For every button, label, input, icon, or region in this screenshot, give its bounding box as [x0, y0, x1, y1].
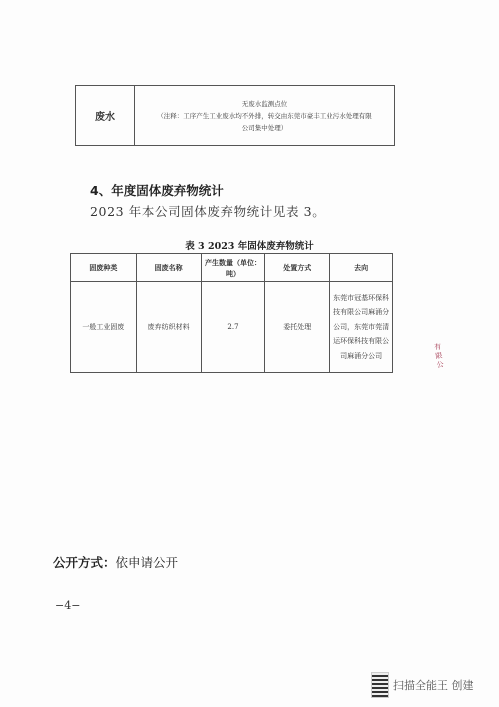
wastewater-label: 废水 — [76, 86, 135, 145]
wastewater-table: 废水 无废水监测点位 （注释：工序产生工业废水均不外排，转交由东莞市豪丰工业污水… — [75, 85, 395, 146]
header-quantity: 产生数量（单位：吨） — [201, 254, 265, 282]
cell-quantity: 2.7 — [201, 282, 265, 373]
wastewater-content: 无废水监测点位 （注释：工序产生工业废水均不外排，转交由东莞市豪丰工业污水处理有… — [135, 86, 394, 145]
section-paragraph: 2023 年本公司固体废弃物统计见表 3。 — [90, 202, 325, 220]
header-destination: 去向 — [330, 254, 393, 282]
table-row: 一般工业固废 废弃纺织材料 2.7 委托处理 东莞市冠基环保科技有限公司麻涌分公… — [71, 282, 393, 373]
cell-disposal: 委托处理 — [265, 282, 330, 373]
disclosure-value: 依申请公开 — [116, 555, 179, 570]
header-type: 固废种类 — [71, 254, 137, 282]
wastewater-line1: 无废水监测点位 — [242, 98, 288, 110]
disclosure-label: 公开方式： — [53, 555, 116, 570]
solid-waste-table: 固废种类 固废名称 产生数量（单位：吨） 处置方式 去向 一般工业固废 废弃纺织… — [70, 253, 393, 373]
cell-destination: 东莞市冠基环保科技有限公司麻涌分公司，东莞市莞清运环保科技有限公司麻涌分公司 — [330, 282, 393, 373]
table-header-row: 固废种类 固废名称 产生数量（单位：吨） 处置方式 去向 — [71, 254, 393, 282]
scanner-watermark: 扫描全能王 创建 — [371, 672, 474, 698]
disclosure-method: 公开方式：依申请公开 — [53, 553, 178, 571]
seal-stamp: 有限公 — [430, 342, 446, 370]
section-heading: 4、年度固体废弃物统计 — [90, 181, 224, 199]
header-disposal: 处置方式 — [265, 254, 330, 282]
header-name: 固废名称 — [136, 254, 201, 282]
wastewater-line2: （注释：工序产生工业废水均不外排，转交由东莞市豪丰工业污水处理有限 — [157, 110, 372, 122]
watermark-text: 扫描全能王 创建 — [393, 677, 474, 693]
cell-type: 一般工业固废 — [71, 282, 137, 373]
wastewater-line3: 公司集中处理） — [242, 122, 288, 134]
cell-name: 废弃纺织材料 — [136, 282, 201, 373]
table-caption: 表 3 2023 年固体废弃物统计 — [0, 238, 499, 252]
page-number: −4− — [55, 599, 80, 612]
qr-code-icon — [371, 672, 389, 698]
